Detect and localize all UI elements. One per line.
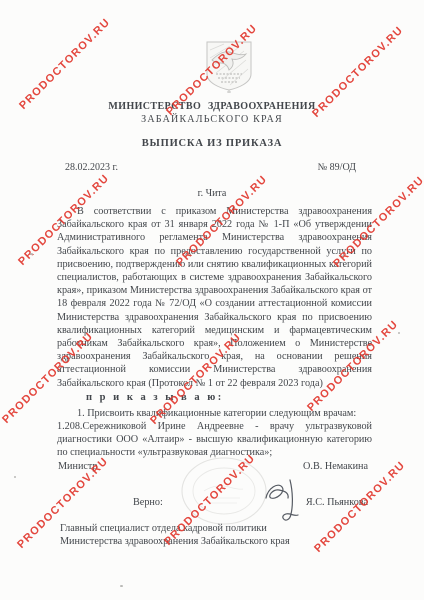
coat-of-arms-icon (204, 40, 254, 94)
scan-speck (30, 253, 33, 255)
scan-speck (120, 585, 123, 587)
certifying-official-title: Главный специалист отдела кадровой полит… (60, 523, 290, 548)
verno-label: Верно: (133, 497, 163, 508)
stamp-icon (180, 456, 268, 526)
item-intro: 1. Присвоить квалификационные категории … (57, 407, 372, 420)
ministry-line1: МИНИСТЕРСТВО ЗДРАВООХРАНЕНИЯ (0, 101, 424, 114)
document-number: № 89/ОД (318, 162, 356, 173)
official-line2: Министерства здравоохранения Забайкальск… (60, 536, 290, 549)
preamble-paragraph: В соответствии с приказом Министерства з… (57, 205, 372, 390)
item-1-208: 1.208.Сережниковой Ирине Андреевне - вра… (57, 420, 372, 460)
certifier-name: Я.С. Пьянкова (306, 497, 368, 508)
document-title: ВЫПИСКА ИЗ ПРИКАЗА (0, 138, 424, 149)
document-date: 28.02.2023 г. (65, 162, 118, 173)
document-page: МИНИСТЕРСТВО ЗДРАВООХРАНЕНИЯ ЗАБАЙКАЛЬСК… (0, 0, 424, 600)
city-label: г. Чита (0, 188, 424, 199)
minister-title: Министр (58, 461, 98, 472)
watermark-text: PRODOCTOROV.RU (17, 16, 113, 112)
ministry-name: МИНИСТЕРСТВО ЗДРАВООХРАНЕНИЯ ЗАБАЙКАЛЬСК… (0, 101, 424, 126)
order-word: п р и к а з ы в а ю: (86, 392, 224, 403)
ministry-line2: ЗАБАЙКАЛЬСКОГО КРАЯ (0, 114, 424, 127)
date-number-row: 28.02.2023 г. № 89/ОД (65, 162, 356, 173)
scan-speck (398, 332, 400, 334)
official-line1: Главный специалист отдела кадровой полит… (60, 523, 290, 536)
minister-name: О.В. Немакина (303, 461, 368, 472)
scan-speck (14, 476, 16, 478)
handwritten-signature-icon (260, 476, 302, 526)
